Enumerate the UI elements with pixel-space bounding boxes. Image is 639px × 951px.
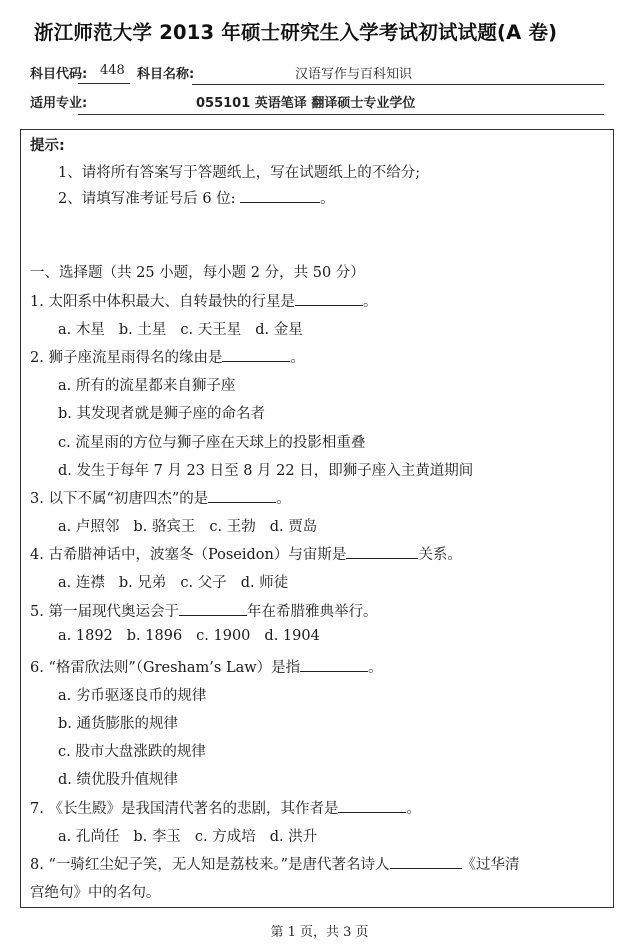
page-indicator: 第 1 页，共 3 页 bbox=[0, 921, 639, 940]
question-2: 2. 狮子座流星雨得名的缘由是。 bbox=[30, 346, 305, 367]
subject-name-underline bbox=[192, 84, 604, 85]
exam-id-blank bbox=[240, 188, 320, 203]
option-b: b. 1896 bbox=[127, 628, 182, 644]
option-c: c. 方成培 bbox=[195, 829, 256, 845]
question-6: 6. “格雷欣法则”（Gresham’s Law）是指。 bbox=[30, 656, 383, 677]
option-b: b. 其发现者就是狮子座的命名者 bbox=[58, 402, 265, 423]
notice-heading: 提示: bbox=[30, 134, 65, 155]
question-8-continuation: 宫绝句》中的名句。 bbox=[30, 881, 161, 902]
option-a: a. 孔尚任 bbox=[58, 829, 119, 845]
answer-blank bbox=[346, 544, 418, 559]
option-a: a. 所有的流星都来自狮子座 bbox=[58, 374, 235, 395]
question-7-options: a. 孔尚任b. 李玉c. 方成培d. 洪升 bbox=[58, 825, 331, 846]
question-1-options: a. 木星b. 土星c. 天王星d. 金星 bbox=[58, 318, 317, 339]
option-c: c. 1900 bbox=[196, 628, 250, 644]
subject-code-label: 科目代码: bbox=[30, 63, 87, 82]
option-d: d. 贾岛 bbox=[270, 519, 318, 535]
option-d: d. 发生于每年 7 月 23 日至 8 月 22 日，即狮子座入主黄道期间 bbox=[58, 459, 473, 480]
answer-blank bbox=[300, 657, 368, 672]
option-c: c. 父子 bbox=[180, 575, 226, 591]
option-d: d. 师徒 bbox=[241, 575, 289, 591]
question-5-options: a. 1892b. 1896c. 1900d. 1904 bbox=[58, 628, 334, 644]
exam-title: 浙江师范大学 2013 年硕士研究生入学考试初试试题(A 卷) bbox=[34, 17, 634, 45]
option-d: d. 绩优股升值规律 bbox=[58, 768, 178, 789]
option-b: b. 土星 bbox=[119, 322, 167, 338]
major-underline bbox=[78, 114, 604, 115]
subject-code-underline bbox=[78, 83, 130, 84]
option-b: b. 骆宾王 bbox=[133, 519, 195, 535]
notice-item-2: 2、请填写准考证号后 6 位: 。 bbox=[58, 187, 335, 208]
subject-name-label: 科目名称: bbox=[137, 63, 194, 82]
question-5: 5. 第一届现代奥运会于年在希腊雅典举行。 bbox=[30, 600, 377, 621]
answer-blank bbox=[390, 854, 462, 869]
question-7: 7. 《长生殿》是我国清代著名的悲剧，其作者是。 bbox=[30, 797, 421, 818]
question-3: 3. 以下不属“初唐四杰”的是。 bbox=[30, 487, 291, 508]
option-b: b. 兄弟 bbox=[119, 575, 167, 591]
option-c: c. 股市大盘涨跌的规律 bbox=[58, 740, 206, 761]
question-1: 1. 太阳系中体积最大、自转最快的行星是。 bbox=[30, 290, 377, 311]
subject-name-value: 汉语写作与百科知识 bbox=[295, 63, 412, 82]
option-b: b. 通货膨胀的规律 bbox=[58, 712, 178, 733]
section-heading: 一、选择题（共 25 小题，每小题 2 分，共 50 分） bbox=[30, 261, 365, 282]
option-a: a. 连襟 bbox=[58, 575, 105, 591]
answer-blank bbox=[222, 347, 290, 362]
answer-blank bbox=[295, 291, 363, 306]
option-a: a. 木星 bbox=[58, 322, 105, 338]
question-3-options: a. 卢照邻b. 骆宾王c. 王勃d. 贾岛 bbox=[58, 515, 331, 536]
option-d: d. 金星 bbox=[255, 322, 303, 338]
option-d: d. 1904 bbox=[264, 628, 319, 644]
major-label: 适用专业: bbox=[30, 92, 87, 111]
answer-blank bbox=[179, 601, 247, 616]
option-c: c. 王勃 bbox=[209, 519, 255, 535]
question-4-options: a. 连襟b. 兄弟c. 父子d. 师徒 bbox=[58, 571, 302, 592]
option-a: a. 1892 bbox=[58, 628, 113, 644]
option-b: b. 李玉 bbox=[133, 829, 181, 845]
option-c: c. 天王星 bbox=[180, 322, 241, 338]
option-d: d. 洪升 bbox=[270, 829, 318, 845]
option-a: a. 劣币驱逐良币的规律 bbox=[58, 684, 206, 705]
question-8: 8. “一骑红尘妃子笑，无人知是荔枝来。”是唐代著名诗人《过华清 bbox=[30, 853, 520, 874]
major-value: 055101 英语笔译 翻译硕士专业学位 bbox=[196, 92, 415, 111]
option-c: c. 流星雨的方位与狮子座在天球上的投影相重叠 bbox=[58, 431, 365, 452]
subject-code-value: 448 bbox=[100, 63, 125, 78]
notice-item-1: 1、请将所有答案写于答题纸上，写在试题纸上的不给分; bbox=[58, 161, 420, 182]
question-4: 4. 古希腊神话中，波塞冬（Poseidon）与宙斯是关系。 bbox=[30, 543, 462, 564]
answer-blank bbox=[208, 488, 276, 503]
answer-blank bbox=[338, 798, 406, 813]
option-a: a. 卢照邻 bbox=[58, 519, 119, 535]
